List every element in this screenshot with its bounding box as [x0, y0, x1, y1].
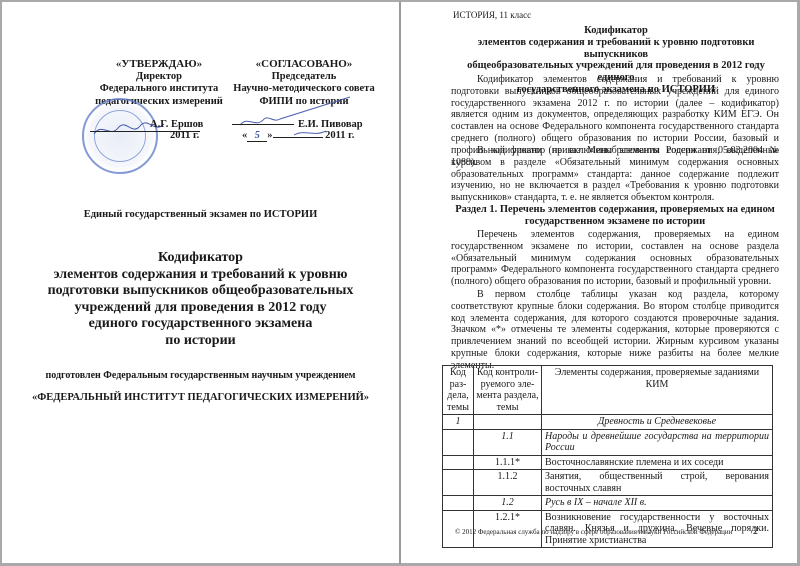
table-header-row: Код раз-дела, темы Код контроли-руемого …: [443, 366, 773, 415]
header-content-elements: Элементы содержания, проверяемые задания…: [542, 366, 773, 415]
element-code: 1.1.1*: [474, 455, 542, 470]
title-page: «УТВЕРЖДАЮ» Директор Федерального инстит…: [2, 0, 399, 566]
content-page: ИСТОРИЯ, 11 класс Кодификатор элементов …: [401, 0, 797, 566]
content-element: Занятия, общественный строй, верования в…: [542, 470, 773, 496]
table-row: 1.1 Народы и древнейшие государства на т…: [443, 429, 773, 455]
element-code: 1.2: [474, 496, 542, 511]
agree-name: Е.И. Пивовар: [298, 119, 363, 130]
codifier-title-line: учреждений для проведения в 2012 году: [2, 300, 399, 317]
content-element: Народы и древнейшие государства на терри…: [542, 429, 773, 455]
section-intro-paragraph: Перечень элементов содержания, проверяем…: [451, 229, 779, 288]
codifier-title-line: единого государственного экзамена: [2, 316, 399, 333]
exam-title: Единый государственный экзамен по ИСТОРИ…: [2, 209, 399, 220]
kim-elements-table: Код раз-дела, темы Код контроли-руемого …: [442, 365, 773, 548]
agree-date: «5» 2011 г.: [242, 130, 354, 142]
agree-line: Научно-методического совета: [224, 83, 384, 96]
section-title: Раздел 1. Перечень элементов содержания,…: [451, 204, 779, 228]
page-number: 2: [753, 526, 758, 537]
codifier-title-line: подготовки выпускников общеобразовательн…: [2, 283, 399, 300]
approve-date-year: 2011 г.: [170, 130, 199, 141]
header-section-code: Код раз-дела, темы: [443, 366, 474, 415]
element-code: 1.1.2: [474, 470, 542, 496]
approve-heading: «УТВЕРЖДАЮ»: [84, 58, 234, 71]
section-code: 1: [443, 415, 474, 430]
table-row: 1.1.1* Восточнославянские племена и их с…: [443, 455, 773, 470]
codifier-heading-line: Кодификатор: [451, 25, 781, 37]
header-element-code: Код контроли-руемого эле-мента раздела, …: [474, 366, 542, 415]
content-element: Русь в IX – начале XII в.: [542, 496, 773, 511]
approve-line: Директор: [84, 71, 234, 84]
institute-name: «ФЕДЕРАЛЬНЫЙ ИНСТИТУТ ПЕДАГОГИЧЕСКИХ ИЗМ…: [2, 392, 399, 403]
agree-date-day: 5: [247, 130, 267, 142]
section-code: [443, 455, 474, 470]
table-row: 1.2 Русь в IX – начале XII в.: [443, 496, 773, 511]
section-code: [443, 496, 474, 511]
page-header: ИСТОРИЯ, 11 класс: [453, 10, 531, 20]
agree-date-year: 2011 г.: [325, 130, 354, 141]
section-code: [443, 429, 474, 455]
agree-date-mid: »: [267, 130, 272, 141]
agree-signature-line: [232, 124, 294, 125]
approve-name: А.Г. Ершов: [150, 119, 203, 130]
approve-line: Федерального института: [84, 83, 234, 96]
table-row: 1 Древность и Средневековье: [443, 415, 773, 430]
table-description-paragraph: В первом столбце таблицы указан код разд…: [451, 289, 779, 372]
codifier-title: Кодификатор элементов содержания и требо…: [2, 250, 399, 350]
agree-line: Председатель: [224, 71, 384, 84]
codifier-title-line: по истории: [2, 333, 399, 350]
section-code: [443, 470, 474, 496]
prepared-by: подготовлен Федеральным государственным …: [2, 370, 399, 381]
table-row: 1.1.2 Занятия, общественный строй, веров…: [443, 470, 773, 496]
element-code: [474, 415, 542, 430]
agree-date-month-line: [273, 137, 323, 138]
agree-heading: «СОГЛАСОВАНО»: [224, 58, 384, 71]
exclusion-paragraph: В кодификатор не включены элементы содер…: [451, 145, 779, 204]
codifier-heading-line: элементов содержания и требований к уров…: [451, 37, 781, 61]
content-element: Древность и Средневековье: [542, 415, 773, 430]
content-element: Восточнославянские племена и их соседи: [542, 455, 773, 470]
element-code: 1.1: [474, 429, 542, 455]
codifier-title-line: элементов содержания и требований к уров…: [2, 267, 399, 284]
page-footer: © 2012 Федеральная служба по надзору в с…: [455, 528, 732, 536]
codifier-title-line: Кодификатор: [2, 250, 399, 267]
